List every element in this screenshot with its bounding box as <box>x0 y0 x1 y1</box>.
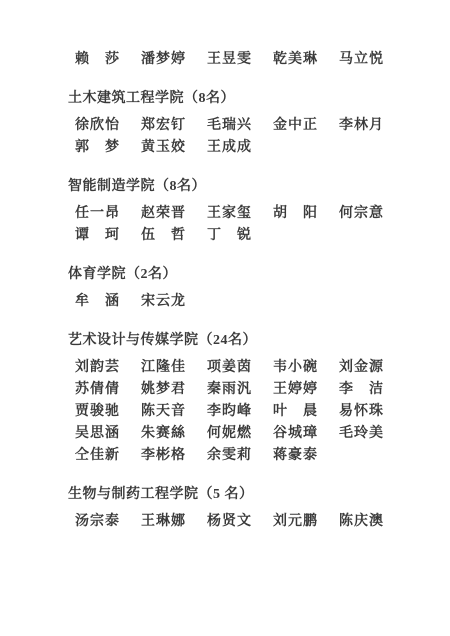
student-name: 易怀珠 <box>339 401 405 423</box>
student-name: 胡 阳 <box>273 203 339 225</box>
name-row: 谭 珂伍 哲丁 锐 <box>0 225 450 247</box>
student-name: 王成成 <box>207 137 273 159</box>
name-row: 吴思涵朱赛絲何妮燃谷城璋毛玲美 <box>0 423 450 445</box>
student-name: 赵荣晋 <box>141 203 207 225</box>
name-row: 苏倩倩姚梦君秦雨汎王婷婷李 洁 <box>0 379 450 401</box>
student-name: 项姜茵 <box>207 357 273 379</box>
student-name: 何宗意 <box>339 203 405 225</box>
student-name: 徐欣怡 <box>75 115 141 137</box>
student-name: 郑宏钉 <box>141 115 207 137</box>
student-name: 郭 梦 <box>75 137 141 159</box>
section-title: 艺术设计与传媒学院（24名） <box>0 330 450 352</box>
student-name: 苏倩倩 <box>75 379 141 401</box>
college-section: 土木建筑工程学院（8名）徐欣怡郑宏钉毛瑞兴金中正李林月郭 梦黄玉姣王成成 <box>0 88 450 159</box>
name-row: 刘韵芸江隆佳项姜茵韦小碗刘金源 <box>0 357 450 379</box>
student-name: 王昱雯 <box>207 49 273 71</box>
name-row: 汤宗泰王琳娜杨贤文刘元鹏陈庆澳 <box>0 511 450 533</box>
college-section: 体育学院（2名）牟 涵宋云龙 <box>0 264 450 313</box>
student-name: 朱赛絲 <box>141 423 207 445</box>
name-row: 徐欣怡郑宏钉毛瑞兴金中正李林月 <box>0 115 450 137</box>
name-row: 牟 涵宋云龙 <box>0 291 450 313</box>
student-name: 叶 晨 <box>273 401 339 423</box>
continuation-name-row: 赖 莎潘梦婷王昱雯乾美琳马立悦 <box>0 49 450 71</box>
student-name: 马立悦 <box>339 49 405 71</box>
section-title: 土木建筑工程学院（8名） <box>0 88 450 110</box>
student-name: 宋云龙 <box>141 291 207 313</box>
student-name: 毛玲美 <box>339 423 405 445</box>
student-name: 何妮燃 <box>207 423 273 445</box>
section-title: 智能制造学院（8名） <box>0 176 450 198</box>
student-name: 杨贤文 <box>207 511 273 533</box>
college-section: 智能制造学院（8名）任一昂赵荣晋王家玺胡 阳何宗意谭 珂伍 哲丁 锐 <box>0 176 450 247</box>
name-row: 仝佳新李彬格余雯莉蒋豪泰 <box>0 445 450 467</box>
student-name: 李彬格 <box>141 445 207 467</box>
college-section: 艺术设计与传媒学院（24名）刘韵芸江隆佳项姜茵韦小碗刘金源苏倩倩姚梦君秦雨汎王婷… <box>0 330 450 467</box>
student-name: 王家玺 <box>207 203 273 225</box>
student-name: 丁 锐 <box>207 225 273 247</box>
student-name: 任一昂 <box>75 203 141 225</box>
student-name: 乾美琳 <box>273 49 339 71</box>
student-name: 江隆佳 <box>141 357 207 379</box>
student-name: 伍 哲 <box>141 225 207 247</box>
student-name: 黄玉姣 <box>141 137 207 159</box>
student-name: 李 洁 <box>339 379 405 401</box>
student-name: 赖 莎 <box>75 49 141 71</box>
student-name: 韦小碗 <box>273 357 339 379</box>
student-name: 潘梦婷 <box>141 49 207 71</box>
name-row: 贾骏驰陈天音李昀峰叶 晨易怀珠 <box>0 401 450 423</box>
student-name: 王婷婷 <box>273 379 339 401</box>
student-name: 陈天音 <box>141 401 207 423</box>
student-name: 蒋豪泰 <box>273 445 339 467</box>
student-name: 牟 涵 <box>75 291 141 313</box>
student-name: 毛瑞兴 <box>207 115 273 137</box>
student-name: 谷城璋 <box>273 423 339 445</box>
student-name: 陈庆澳 <box>339 511 405 533</box>
college-section: 生物与制药工程学院（5 名）汤宗泰王琳娜杨贤文刘元鹏陈庆澳 <box>0 484 450 533</box>
name-row: 郭 梦黄玉姣王成成 <box>0 137 450 159</box>
student-name: 金中正 <box>273 115 339 137</box>
sections-container: 土木建筑工程学院（8名）徐欣怡郑宏钉毛瑞兴金中正李林月郭 梦黄玉姣王成成智能制造… <box>0 88 450 533</box>
student-name: 仝佳新 <box>75 445 141 467</box>
student-name: 秦雨汎 <box>207 379 273 401</box>
student-name: 余雯莉 <box>207 445 273 467</box>
student-name: 姚梦君 <box>141 379 207 401</box>
student-name: 汤宗泰 <box>75 511 141 533</box>
student-name: 刘元鹏 <box>273 511 339 533</box>
document-page: 赖 莎潘梦婷王昱雯乾美琳马立悦 土木建筑工程学院（8名）徐欣怡郑宏钉毛瑞兴金中正… <box>0 0 450 636</box>
student-name: 刘韵芸 <box>75 357 141 379</box>
student-name: 吴思涵 <box>75 423 141 445</box>
student-name: 王琳娜 <box>141 511 207 533</box>
student-name: 谭 珂 <box>75 225 141 247</box>
student-name: 李昀峰 <box>207 401 273 423</box>
section-title: 生物与制药工程学院（5 名） <box>0 484 450 506</box>
section-title: 体育学院（2名） <box>0 264 450 286</box>
student-name: 刘金源 <box>339 357 405 379</box>
student-name: 贾骏驰 <box>75 401 141 423</box>
student-name: 李林月 <box>339 115 405 137</box>
name-row: 任一昂赵荣晋王家玺胡 阳何宗意 <box>0 203 450 225</box>
